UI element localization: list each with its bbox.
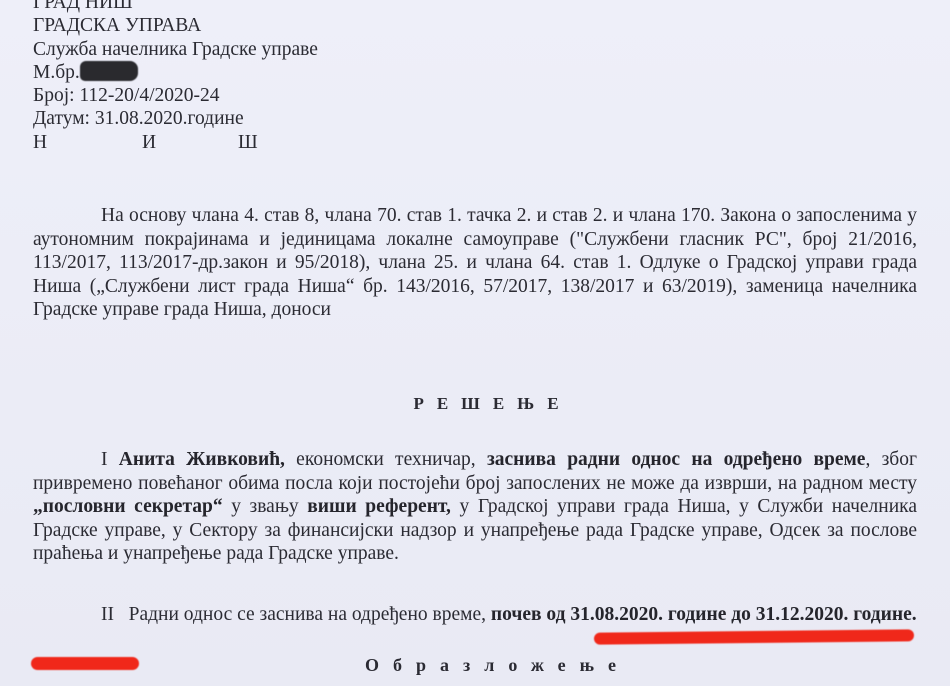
section-1-text: у звању: [223, 496, 308, 517]
section-1-bold: заснива радни однос на одређено време: [487, 449, 866, 470]
section-2-paragraph: II Радни однос се заснива на одређено вр…: [33, 603, 917, 627]
city-letter: Н: [33, 131, 142, 154]
city-letter: Ш: [238, 131, 258, 154]
employee-name: Анита Живковић,: [119, 449, 285, 470]
city-letter: И: [142, 131, 238, 154]
position-title: „пословни секретар“: [33, 496, 223, 517]
document-header: ГРАД НИШ ГРАДСКА УПРАВА Служба начелника…: [33, 0, 318, 154]
section-2-numeral: II: [101, 604, 114, 625]
header-city-spaced: НИШ: [33, 131, 318, 154]
employment-period: почев од 31.08.2020. године до 31.12.202…: [491, 604, 917, 625]
section-1-paragraph: I Анита Живковић, економски техничар, за…: [33, 448, 917, 566]
header-administration: ГРАДСКА УПРАВА: [33, 14, 318, 37]
header-number: Број: 112-20/4/2020-24: [33, 84, 318, 107]
redaction-mark: [80, 61, 138, 81]
decision-title: РЕШЕЊЕ: [0, 394, 950, 414]
header-city: ГРАД НИШ: [33, 0, 318, 14]
header-service: Служба начелника Градске управе: [33, 38, 318, 61]
section-1-text: економски техничар,: [285, 449, 487, 470]
section-1-numeral: I: [101, 449, 108, 470]
rank-title: виши референт,: [307, 496, 451, 517]
header-date: Датум: 31.08.2020.године: [33, 107, 318, 130]
preamble-text: На основу члана 4. став 8, члана 70. ста…: [33, 205, 917, 320]
red-highlight-underline: [594, 629, 914, 644]
mbr-label: М.бр.: [33, 62, 80, 83]
header-mbr: М.бр.: [33, 61, 318, 84]
section-2-text: Радни однос се заснива на одређено време…: [129, 604, 491, 625]
scanned-document-page: ГРАД НИШ ГРАДСКА УПРАВА Служба начелника…: [0, 0, 950, 686]
explanation-title: Образложење: [0, 655, 950, 676]
preamble-paragraph: На основу члана 4. став 8, члана 70. ста…: [33, 204, 917, 322]
